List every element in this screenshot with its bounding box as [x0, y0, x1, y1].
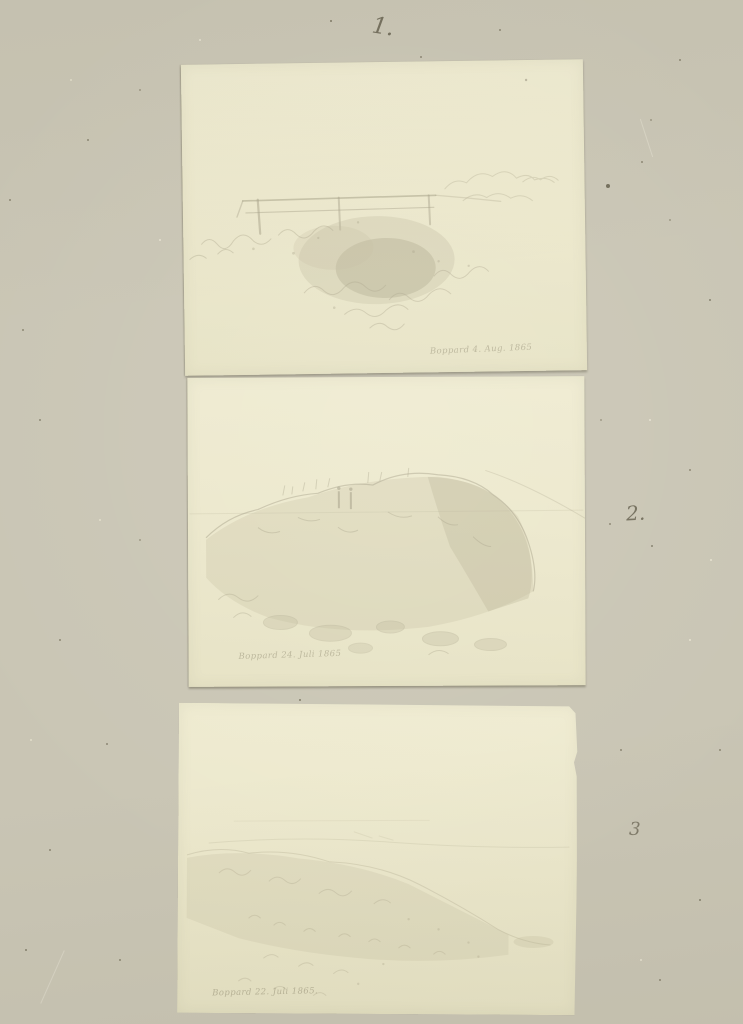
brushy-hollow	[189, 215, 490, 333]
plate-number-2: 2.	[625, 503, 645, 524]
far-rock	[513, 936, 553, 948]
sketch-sheet-2: Boppard 24. Juli 1865	[187, 376, 585, 687]
rock-mass	[206, 467, 535, 631]
water-horizon	[209, 838, 569, 847]
album-page: 1. 2. 3	[0, 0, 743, 1024]
paper-fleck	[525, 79, 527, 81]
footbridge-railing-sketch	[181, 59, 587, 376]
sky-line	[234, 819, 429, 822]
plate-number-1: 1.	[370, 14, 395, 40]
artist-inscription-3: Boppard 22. Juli 1865.	[212, 986, 318, 998]
plate-number-3: 3	[629, 821, 641, 839]
riverbank-sketch	[177, 703, 578, 1015]
mount-scratch	[40, 950, 65, 1003]
sketch-sheet-3: Boppard 22. Juli 1865.	[177, 703, 578, 1015]
mount-scratch	[640, 119, 653, 157]
mount-speckle-texture	[0, 0, 2, 2]
sketch-sheet-1: Boppard 4. Aug. 1865	[181, 59, 587, 376]
rocky-outcrop-sketch	[187, 376, 585, 687]
shoreline-mass	[186, 849, 554, 997]
